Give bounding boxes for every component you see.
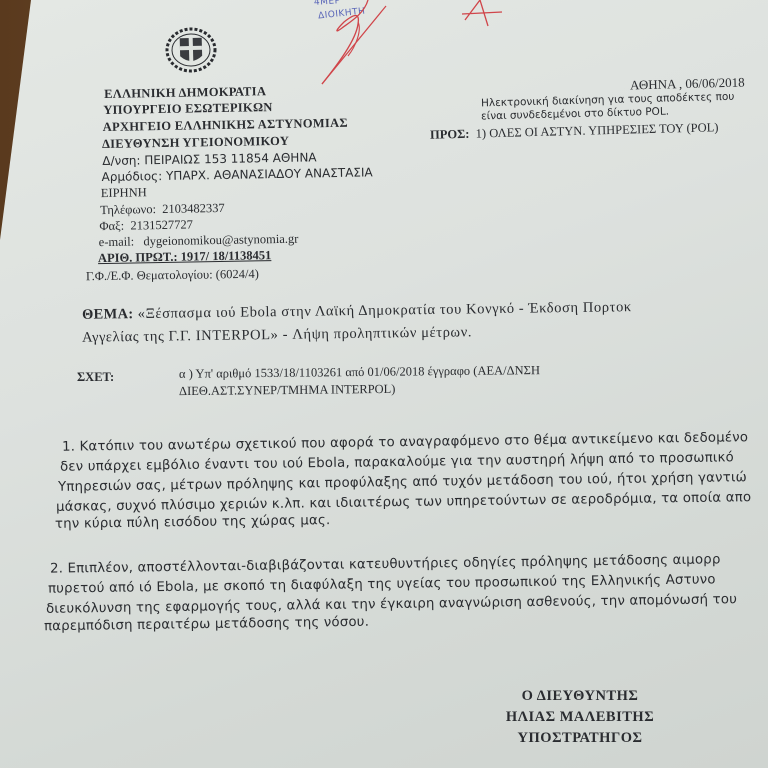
paragraph-1-line-5: την κύρια πύλη εισόδου της χώρας μας. (55, 513, 331, 532)
related-label-text: ΣΧΕΤ: (77, 370, 114, 384)
signature-name: ΗΛΙΑΣ ΜΑΛΕΒΙΤΗΣ (490, 709, 670, 726)
email-label: e-mail: (99, 234, 135, 249)
subject-line-1: ΘΕΜΑ: «Ξέσπασμα ιού Ebola στην Λαϊκή Δημ… (82, 299, 632, 324)
signature-rank: ΥΠΟΣΤΡΑΤΗΓΟΣ (490, 730, 670, 747)
responsible-value: ΥΠΑΡΧ. ΑΘΑΝΑΣΙΑΔΟΥ ΑΝΑΣΤΑΣΙΑ (166, 165, 373, 183)
recipient-value: 1) ΟΛΕΣ ΟΙ ΑΣΤΥΝ. ΥΠΗΡΕΣΙΕΣ ΤΟΥ (POL) (476, 120, 719, 140)
sender-responsible: Αρμόδιος: ΥΠΑΡΧ. ΑΘΑΝΑΣΙΑΔΟΥ ΑΝΑΣΤΑΣΙΑ (101, 165, 372, 184)
paragraph-2-line-3: διευκόλυνση της εφαρμογής τους, αλλά και… (46, 592, 737, 617)
greek-coat-of-arms-icon (163, 25, 218, 74)
address-label: Δ/νση: (102, 153, 140, 168)
sender-republic: ΕΛΛΗΝΙΚΗ ΔΗΜΟΚΡΑΤΙΑ (104, 84, 266, 102)
related-line-2: ΔΙΕΘ.ΑΣΤ.ΣΥΝΕΡ/ΤΜΗΜΑ INTERPOL) (179, 382, 396, 399)
red-signature-scribble-icon (290, 0, 520, 90)
responsible-value-cont: ΕΙΡΗΝΗ (101, 185, 147, 201)
email-value[interactable]: dygeionomikou@astynomia.gr (143, 232, 298, 249)
address-value: ΠΕΙΡΑΙΩΣ 153 11854 ΑΘΗΝΑ (144, 150, 316, 167)
sender-directorate: ΔΙΕΥΘΥΝΣΗ ΥΓΕΙΟΝΟΜΙΚΟΥ (102, 134, 289, 152)
subject-label: ΘΕΜΑ: (82, 306, 134, 323)
subject-text-1: «Ξέσπασμα ιού Ebola στην Λαϊκή Δημοκρατί… (138, 299, 632, 322)
subject-text-2: Αγγελίας της Γ.Γ. INTERPOL» - Λήψη προλη… (82, 324, 472, 346)
sender-fax: Φαξ: 2131527727 (99, 217, 193, 234)
responsible-label: Αρμόδιος: (101, 169, 162, 184)
signature-title: Ο ΔΙΕΥΘΥΝΤΗΣ (490, 688, 670, 705)
fax-label: Φαξ: (99, 219, 124, 233)
paragraph-1-line-4: μάσκας, συχνό πλύσιμο χεριών κ.λπ. και ι… (56, 490, 751, 515)
sender-address: Δ/νση: ΠΕΙΡΑΙΩΣ 153 11854 ΑΘΗΝΑ (102, 150, 317, 168)
file-code: Γ.Φ./Ε.Φ. Θεματολογίου: (6024/4) (86, 267, 259, 284)
document-page: 4ΜΕΡ ΔΙΟΙΚΗΤΗ ΕΛΛΗΝΙΚΗ ΔΗΜΟΚΡΑΤΙΑ ΥΠΟΥΡΓ… (0, 0, 768, 768)
phone-label: Τηλέφωνο: (100, 202, 156, 217)
sender-police-hq: ΑΡΧΗΓΕΙΟ ΕΛΛΗΝΙΚΗΣ ΑΣΤΥΝΟΜΙΑΣ (103, 116, 348, 135)
signature-block: Ο ΔΙΕΥΘΥΝΤΗΣ ΗΛΙΑΣ ΜΑΛΕΒΙΤΗΣ ΥΠΟΣΤΡΑΤΗΓΟ… (490, 688, 670, 747)
phone-value: 2103482337 (162, 201, 225, 216)
recipient-label: ΠΡΟΣ: (430, 127, 470, 142)
recipient-line: ΠΡΟΣ: 1) ΟΛΕΣ ΟΙ ΑΣΤΥΝ. ΥΠΗΡΕΣΙΕΣ ΤΟΥ (P… (430, 120, 719, 143)
related-label: ΣΧΕΤ: (77, 370, 114, 385)
handwritten-annotations: 4ΜΕΡ ΔΙΟΙΚΗΤΗ (290, 0, 520, 90)
sender-phone: Τηλέφωνο: 2103482337 (100, 201, 225, 218)
sender-ministry: ΥΠΟΥΡΓΕΙΟ ΕΣΩΤΕΡΙΚΩΝ (103, 100, 273, 118)
paragraph-2-line-4: παρεμπόδιση περαιτέρω μετάδοσης της νόσο… (44, 615, 369, 635)
related-line-1: α ) Υπ' αριθμό 1533/18/1103261 από 01/06… (179, 363, 540, 382)
fax-value: 2131527727 (130, 217, 193, 232)
protocol-number: ΑΡΙΘ. ΠΡΩΤ.: 1917/ 18/1138451 (98, 248, 272, 266)
